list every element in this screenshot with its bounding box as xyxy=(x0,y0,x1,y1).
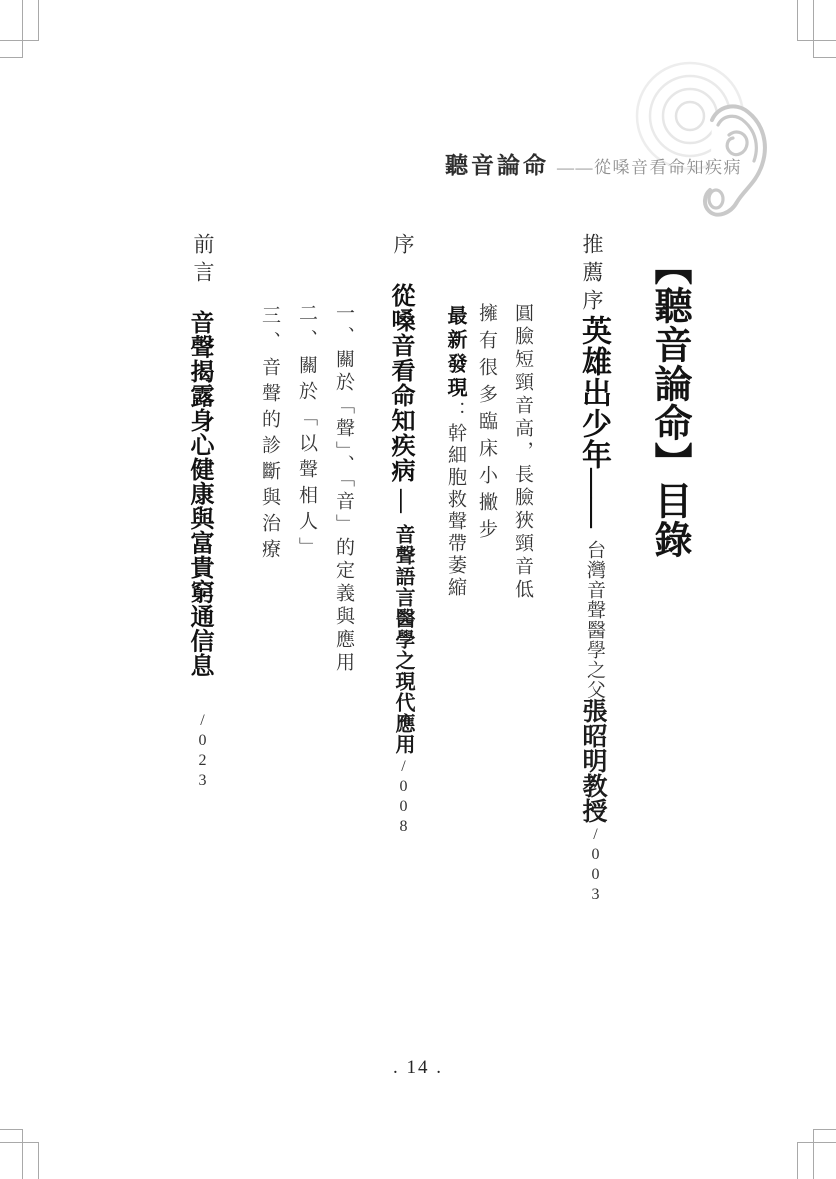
note-line-2: 擁有很多臨床小撇步 xyxy=(477,303,496,546)
recommend-preface-author: 張昭明教授 xyxy=(580,698,605,823)
foreword-title: 音聲揭露身心健康與富貴窮通信息 xyxy=(187,310,211,678)
page-ref-023: /023 xyxy=(194,712,210,792)
page-number: . 14 . xyxy=(358,1057,478,1079)
note-line-1: 圓臉短頸音高，長臉狹頸音低 xyxy=(513,303,532,602)
preface-title: 從嗓音看命知疾病 xyxy=(388,283,412,483)
section-label-preface: 序 xyxy=(392,233,413,261)
running-header: 聽音論命 ——從嗓音看命知疾病 xyxy=(445,147,742,180)
book-page: 聽音論命 ——從嗓音看命知疾病 【聽音論命】目錄 推薦序 英雄出少年 —— 台灣… xyxy=(0,0,836,1179)
toc-item-3: 三、音聲的診斷與治療 xyxy=(260,305,279,565)
em-dash: — xyxy=(390,489,414,513)
recommend-preface-subtitle: 台灣音聲醫學之父 xyxy=(585,540,604,700)
section-label-foreword: 前言 xyxy=(192,233,213,289)
ear-illustration xyxy=(600,36,820,251)
recommend-preface-title: 英雄出少年 xyxy=(578,315,608,470)
ear-icon xyxy=(600,36,820,251)
preface-subtitle: 音聲語言醫學之現代應用 xyxy=(393,524,413,755)
section-label-recommend-preface: 推薦序 xyxy=(581,233,602,317)
toc-title: 【聽音論命】目錄 xyxy=(650,247,688,559)
book-title: 聽音論命 xyxy=(445,147,549,180)
page-ref-003: /003 xyxy=(587,826,603,906)
toc-item-1: 一、關於「聲」、「音」的定義與應用 xyxy=(334,303,353,675)
note-highlight-text: ：幹細胞救聲帶萎縮 xyxy=(445,401,466,599)
page-ref-008: /008 xyxy=(395,758,411,838)
note-highlight-label: 最新發現 xyxy=(444,305,466,401)
em-dash: —— xyxy=(578,468,608,528)
toc-item-2: 二、關於「以聲相人」 xyxy=(297,303,316,563)
note-line-3: 最新發現：幹細胞救聲帶萎縮 xyxy=(445,305,465,599)
book-subtitle: ——從嗓音看命知疾病 xyxy=(557,153,742,178)
